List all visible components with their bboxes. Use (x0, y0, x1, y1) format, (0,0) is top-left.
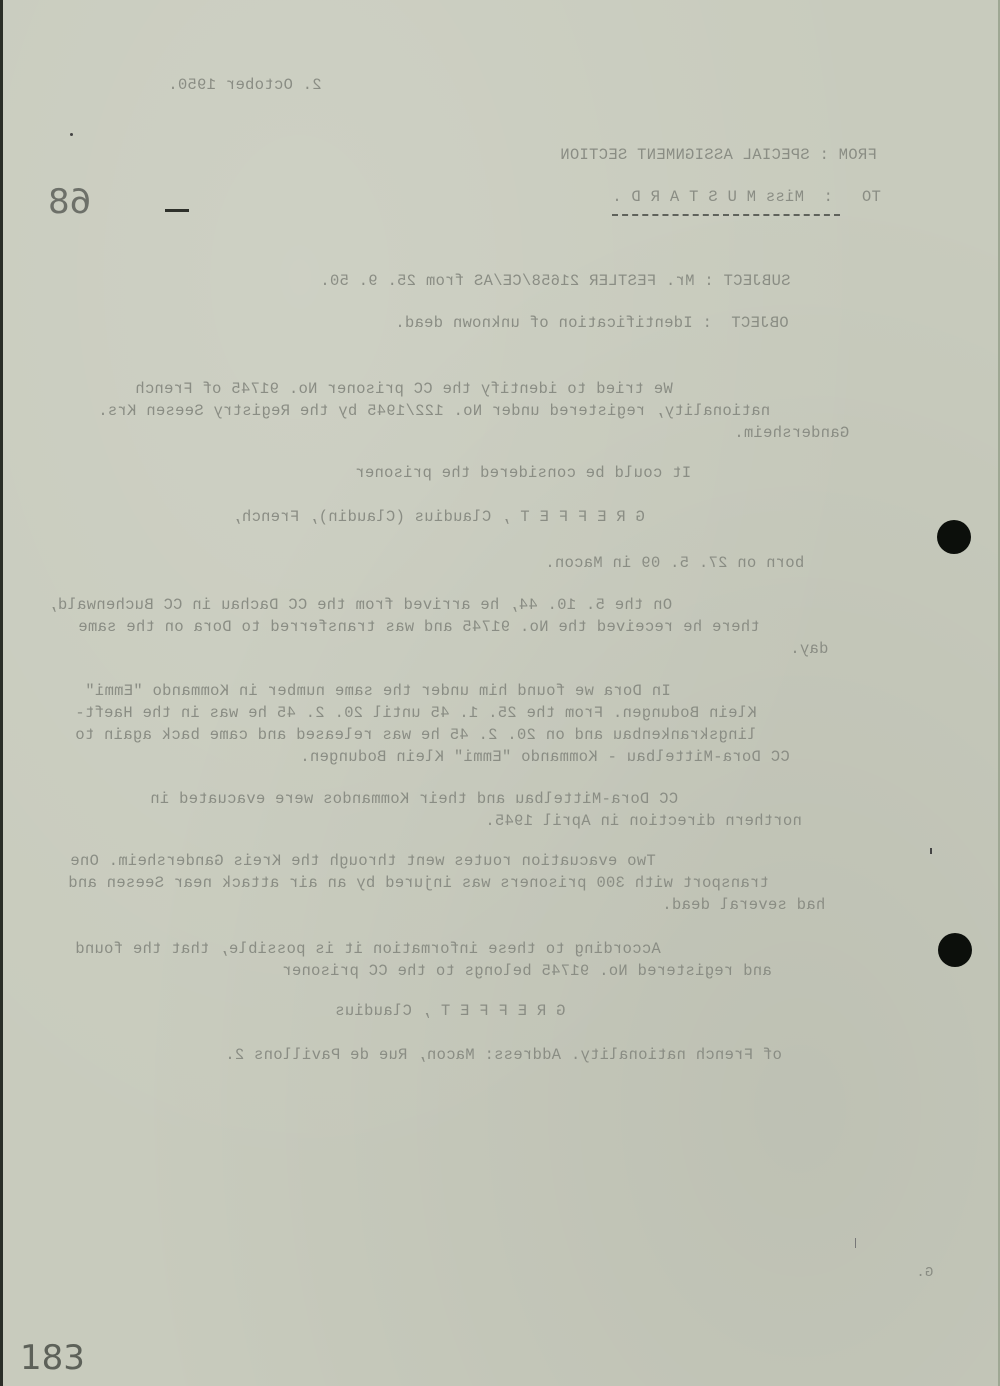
from-line: FROM : SPECIAL ASSIGNMENT SECTION (560, 146, 877, 164)
paragraph-5-line-3: day. (790, 640, 828, 658)
subject-line: SUBJECT : Mr. FESTLER 21658/CE/AS from 2… (320, 272, 790, 290)
paragraph-10-name: G R E F F E T , Claudius (335, 1002, 565, 1020)
stray-mark (930, 848, 932, 854)
paragraph-6-line-1: In Dora we found him under the same numb… (85, 682, 671, 700)
paragraph-6-line-2: Klein Bodungen. From the 25. 1. 45 until… (75, 704, 757, 722)
document-page: 2. October 1950. FROM : SPECIAL ASSIGNME… (0, 0, 1000, 1386)
punch-hole-upper (937, 520, 971, 554)
handwritten-dash (165, 209, 189, 212)
punch-hole-lower (938, 933, 972, 967)
paragraph-9-line-2: and registered No. 91745 belongs to the … (282, 962, 772, 980)
paragraph-8-line-3: had several dead. (662, 896, 825, 914)
stray-mark (70, 133, 73, 136)
paragraph-1-line-3: Gandersheim. (734, 424, 849, 442)
paragraph-1-line-2: nationality, registered under No. 122/19… (98, 402, 770, 420)
paragraph-3-name: G R E F F E T , Claudius (Claudin), Fren… (232, 508, 645, 526)
paragraph-1-line-1: We tried to identify the CC prisoner No.… (135, 380, 673, 398)
to-line: TO : Miss M U S T A R D . (612, 188, 881, 206)
paragraph-2: It could be considered the prisoner (355, 464, 691, 482)
paragraph-11-address: of French nationality. Address: Macon, R… (225, 1046, 782, 1064)
paragraph-6-line-4: CC Dora-Mittelbau - Kommando "Emmi" Klei… (300, 748, 790, 766)
paragraph-5-line-1: On the 5. 10. 44, he arrived from the CC… (48, 596, 672, 614)
scan-edge-left (0, 0, 3, 1386)
paragraph-8-line-1: Two evacuation routes went through the K… (70, 852, 656, 870)
footer-initial: G. (916, 1265, 933, 1281)
object-line: OBJECT : Identification of unknown dead. (395, 314, 789, 332)
handwritten-reference: 68 (48, 182, 91, 222)
paragraph-7-line-2: northern direction in April 1945. (485, 812, 802, 830)
paragraph-5-line-2: there he received the No. 91745 and was … (78, 618, 760, 636)
to-label: TO : (823, 188, 881, 206)
from-label: FROM : (819, 146, 877, 164)
date: 2. October 1950. (168, 76, 322, 94)
paragraph-8-line-2: transport with 300 prisoners was injured… (68, 874, 769, 892)
to-value: Miss M U S T A R D . (612, 188, 804, 206)
stray-mark (855, 1238, 856, 1248)
handwritten-page-number: 183 (20, 1338, 85, 1378)
from-value: SPECIAL ASSIGNMENT SECTION (560, 146, 810, 164)
header-underline (612, 214, 840, 216)
paragraph-6-line-3: lingskrankenbau and on 20. 2. 45 he was … (75, 726, 757, 744)
paragraph-9-line-1: According to these information it is pos… (75, 940, 661, 958)
paragraph-4-birth: born on 27. 5. 09 in Macon. (545, 554, 804, 572)
paragraph-7-line-1: CC Dora-Mittelbau and their Kommandos we… (150, 790, 678, 808)
